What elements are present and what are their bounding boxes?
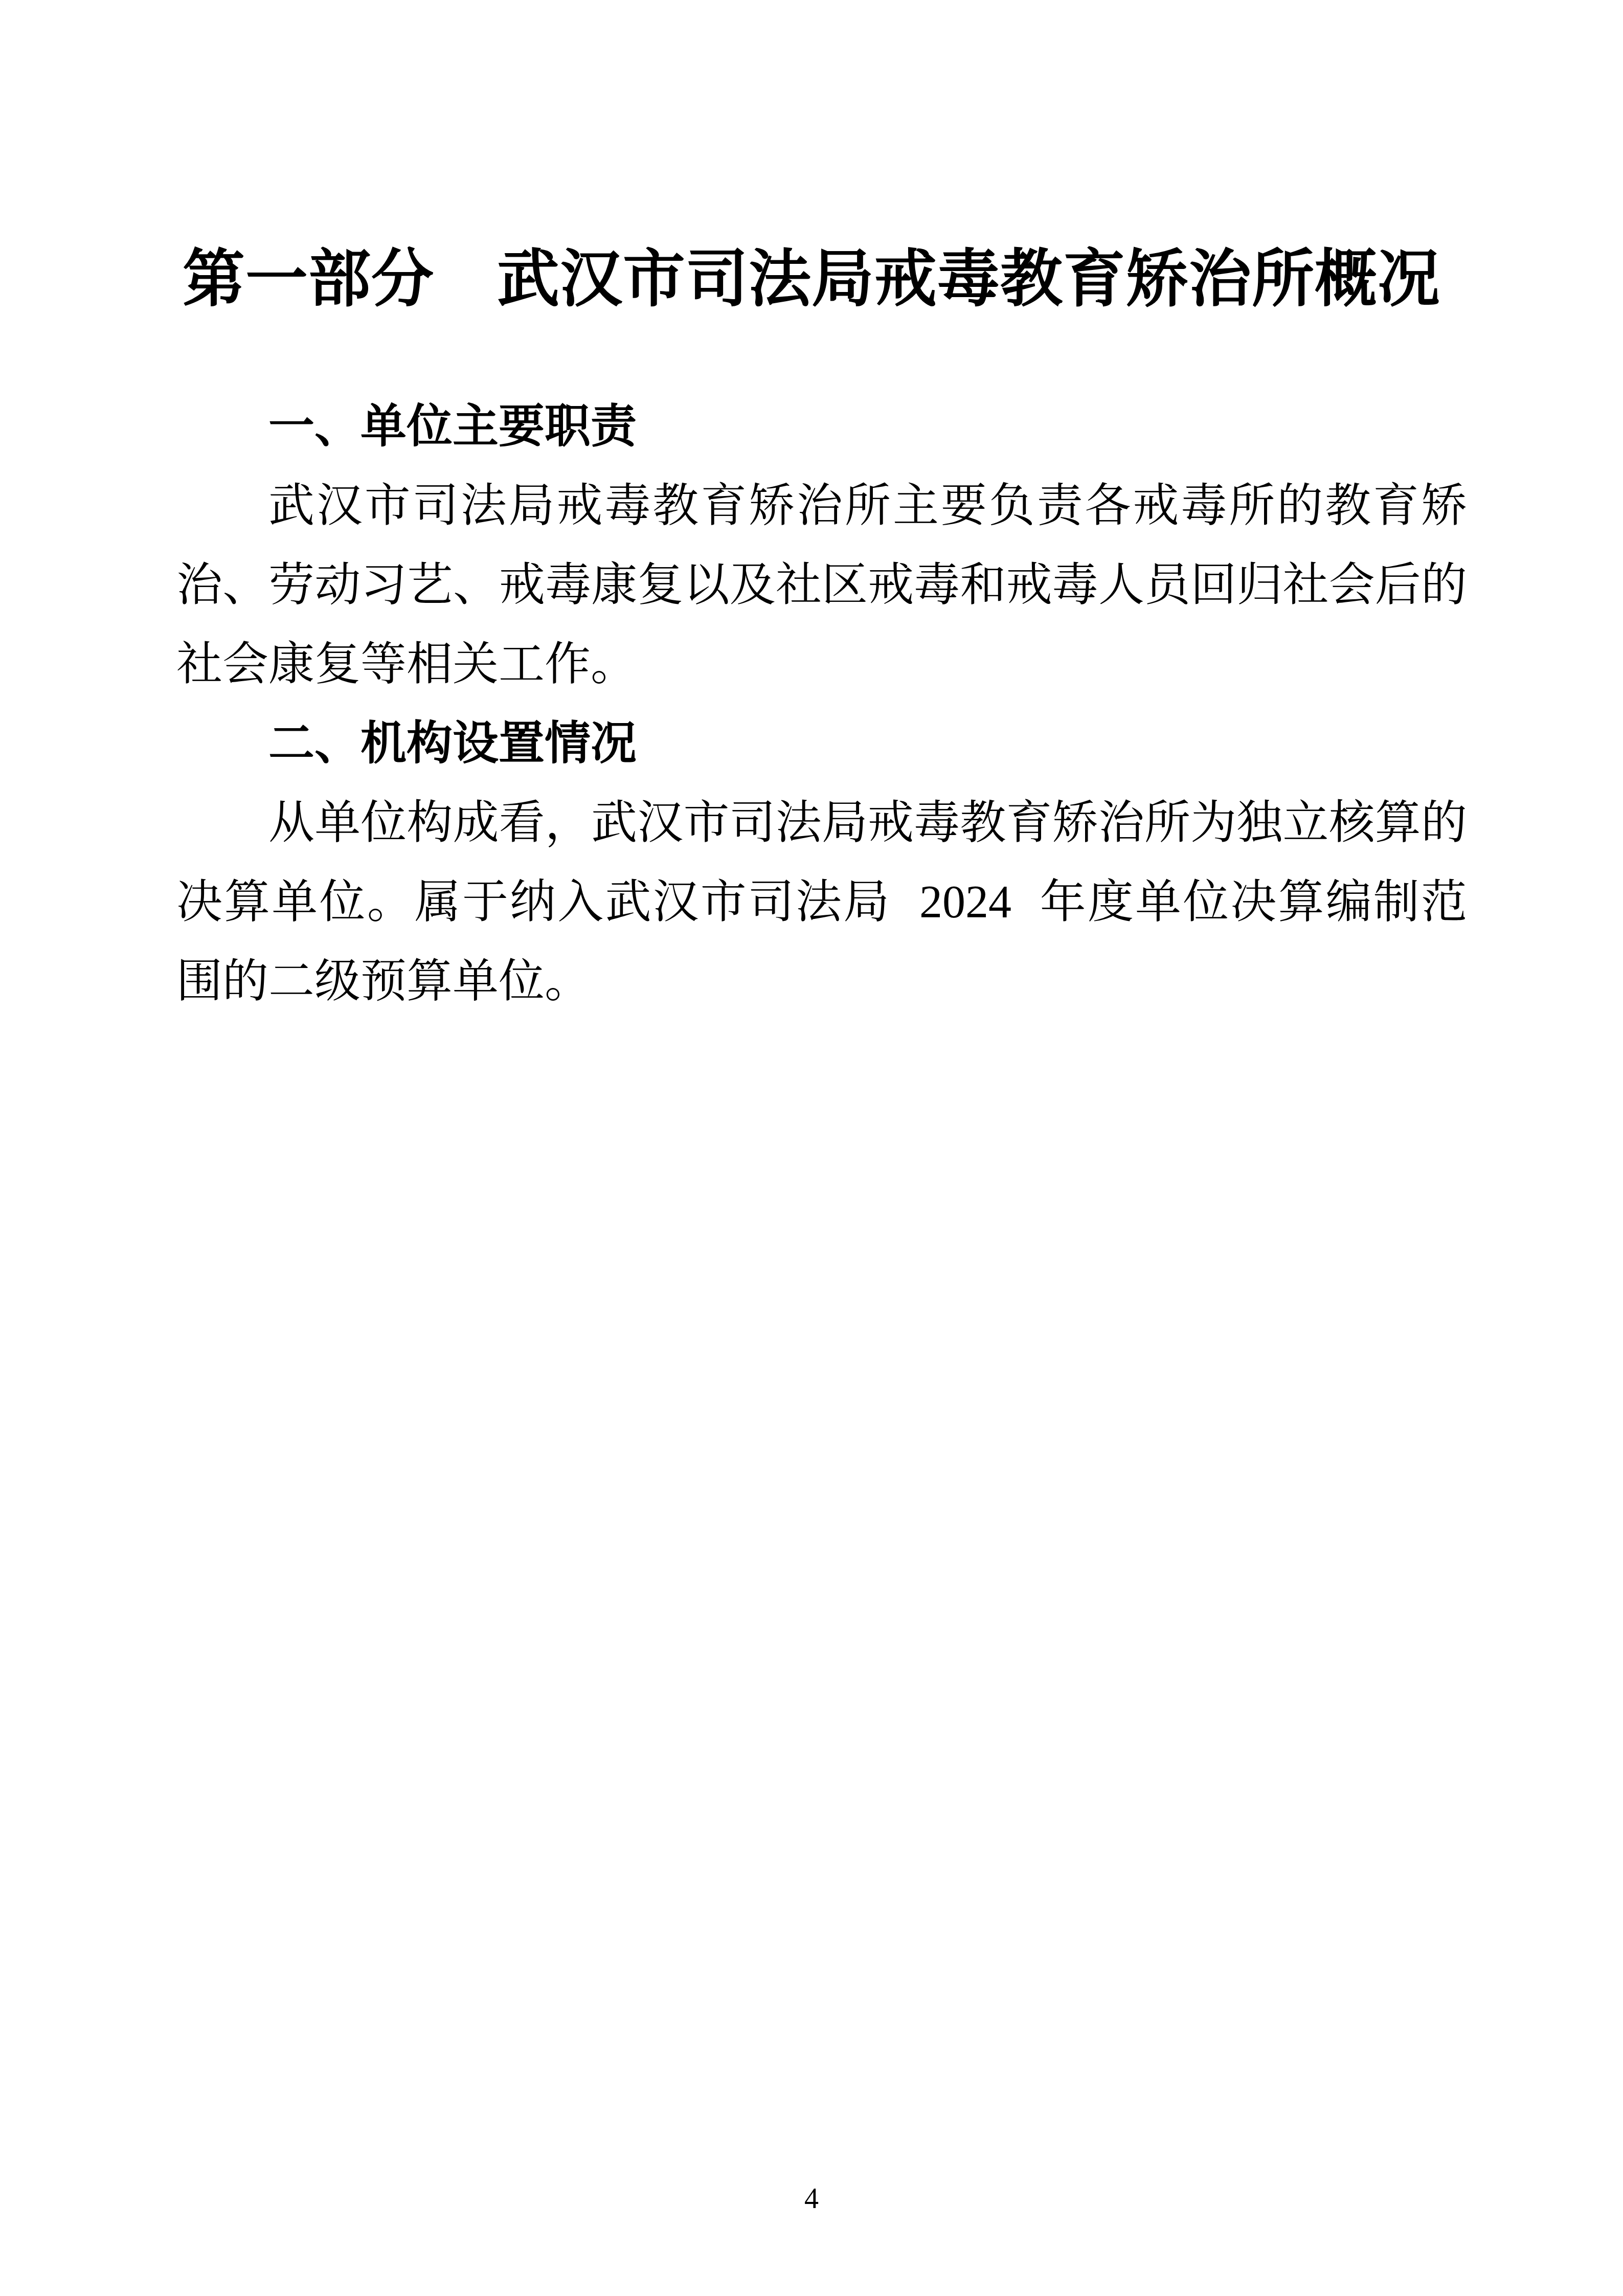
page-title: 第一部分 武汉市司法局戒毒教育矫治所概况 (0, 240, 1623, 317)
document-body: 一、单位主要职责 武汉市司法局戒毒教育矫治所主要负责各戒毒所的教育矫治、劳动习艺… (176, 387, 1467, 1021)
section-1-paragraph: 武汉市司法局戒毒教育矫治所主要负责各戒毒所的教育矫治、劳动习艺、戒毒康复以及社区… (176, 466, 1467, 704)
document-page: 第一部分 武汉市司法局戒毒教育矫治所概况 一、单位主要职责 武汉市司法局戒毒教育… (0, 0, 1623, 2296)
section-2-paragraph: 从单位构成看，武汉市司法局戒毒教育矫治所为独立核算的决算单位。属于纳入武汉市司法… (176, 783, 1467, 1021)
page-number: 4 (0, 2185, 1623, 2213)
section-2-heading: 二、机构设置情况 (176, 704, 1467, 783)
section-1-heading: 一、单位主要职责 (176, 387, 1467, 466)
